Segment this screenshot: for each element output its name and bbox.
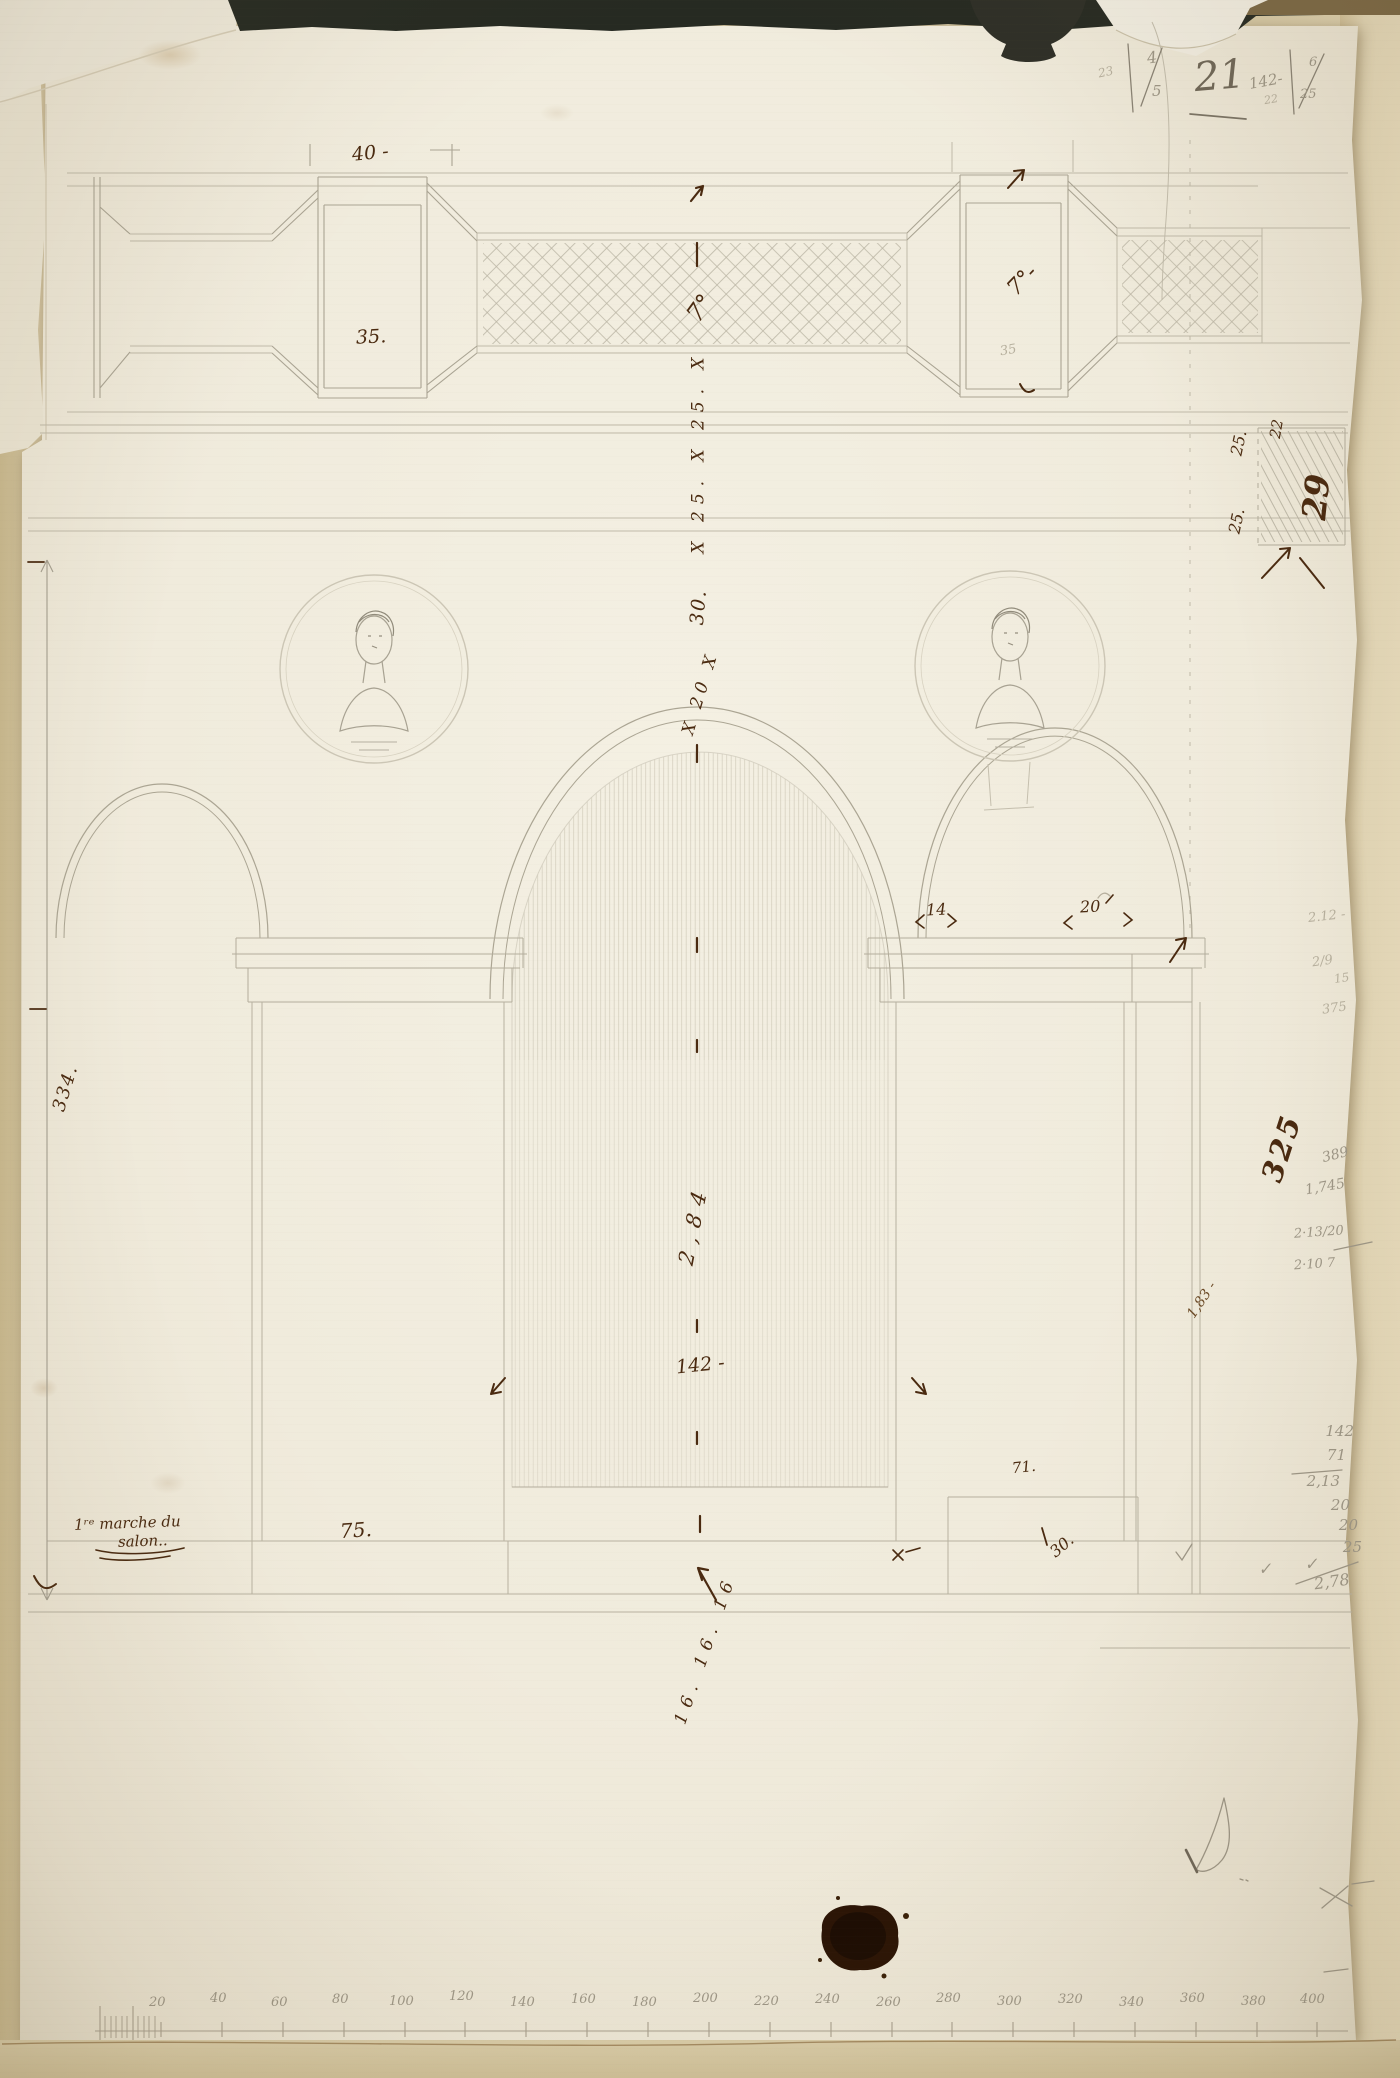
scale-label: 40: [210, 1992, 227, 2005]
add-row-5: 25: [1262, 1540, 1362, 1555]
dim-35-left-block: 35.: [356, 327, 387, 348]
note-line2: salon..: [118, 1533, 168, 1550]
scale-label: 180: [632, 1996, 657, 2009]
pencil-calc-2: 2·13/20: [1294, 1224, 1345, 1240]
page-number: 21: [1192, 54, 1246, 98]
add-row-1: 71: [1246, 1448, 1346, 1463]
center-dim-upper: X 25. X 25. X: [691, 351, 708, 554]
add-row-2: 2,13: [1240, 1474, 1340, 1489]
faint-calc-1: 2/9: [1311, 954, 1334, 970]
scale-label: 60: [271, 1996, 288, 2009]
dim-29-box: 29: [1297, 472, 1335, 521]
scale-label: 200: [693, 1992, 718, 2005]
note-line1: 1ʳᵉ marche du: [74, 1514, 181, 1533]
faint-calc-2: 15: [1333, 971, 1350, 985]
plinth-dim-75: 75.: [339, 1519, 372, 1541]
scale-label: 80: [332, 1993, 349, 2006]
floor-linework: [28, 1497, 1352, 1648]
dim-35-faint: 35: [999, 343, 1018, 359]
scale-label: 380: [1241, 1995, 1266, 2008]
scale-label: 220: [754, 1995, 779, 2008]
center-dim-142: 142 -: [675, 1354, 725, 1378]
scale-label: 260: [876, 1996, 901, 2009]
sheet-scan: 23 4 5 21 142- 22 6 25 40 - 35. 7° 7°- 3…: [0, 0, 1400, 2078]
calc-frac-a-num: 4: [1146, 49, 1158, 66]
scale-label: 120: [449, 1990, 474, 2003]
calc-frac-b-num: 6: [1309, 56, 1317, 69]
dim-22-box: 22: [1268, 418, 1286, 439]
margin-dimension-line: [41, 560, 53, 1600]
scale-label: 160: [571, 1993, 596, 2006]
medallion-left: [280, 575, 468, 763]
add-row-3: 20: [1250, 1498, 1350, 1513]
scale-label: 400: [1300, 1993, 1325, 2006]
scale-label: 360: [1180, 1992, 1205, 2005]
center-dim-30: 30.: [688, 588, 710, 626]
ink-blot: [818, 1896, 909, 1979]
scale-label: 340: [1119, 1996, 1144, 2009]
scale-label: 240: [815, 1993, 840, 2006]
faint-calc-0: 2.12 -: [1307, 908, 1346, 925]
scale-label: 300: [997, 1995, 1022, 2008]
calc-frac-a-den: 5: [1152, 84, 1162, 99]
scale-ruler: [95, 2006, 1348, 2040]
impost-dim-20: 20: [1080, 898, 1101, 915]
scale-label: 140: [510, 1996, 535, 2009]
impost-dim-14: 14: [926, 901, 947, 918]
plinth-dim-71: 71.: [1011, 1459, 1036, 1476]
calc-23: 23: [1097, 65, 1114, 80]
scale-label: 320: [1058, 1993, 1083, 2006]
scale-label: 100: [389, 1995, 414, 2008]
faint-calc-3: 375: [1321, 1000, 1347, 1016]
calc-frac-b-den: 25: [1300, 88, 1317, 101]
scale-label: 20: [149, 1996, 166, 2009]
medallion-right: [915, 571, 1105, 810]
add-row-0: 142: [1254, 1424, 1354, 1439]
calc-22: 22: [1263, 93, 1279, 106]
pencil-calc-3: 2·10 7: [1294, 1257, 1336, 1273]
dim-40: 40 -: [351, 142, 389, 165]
scale-label: 280: [936, 1992, 961, 2005]
niche: [512, 752, 888, 1487]
add-row-4: 20: [1258, 1518, 1358, 1533]
